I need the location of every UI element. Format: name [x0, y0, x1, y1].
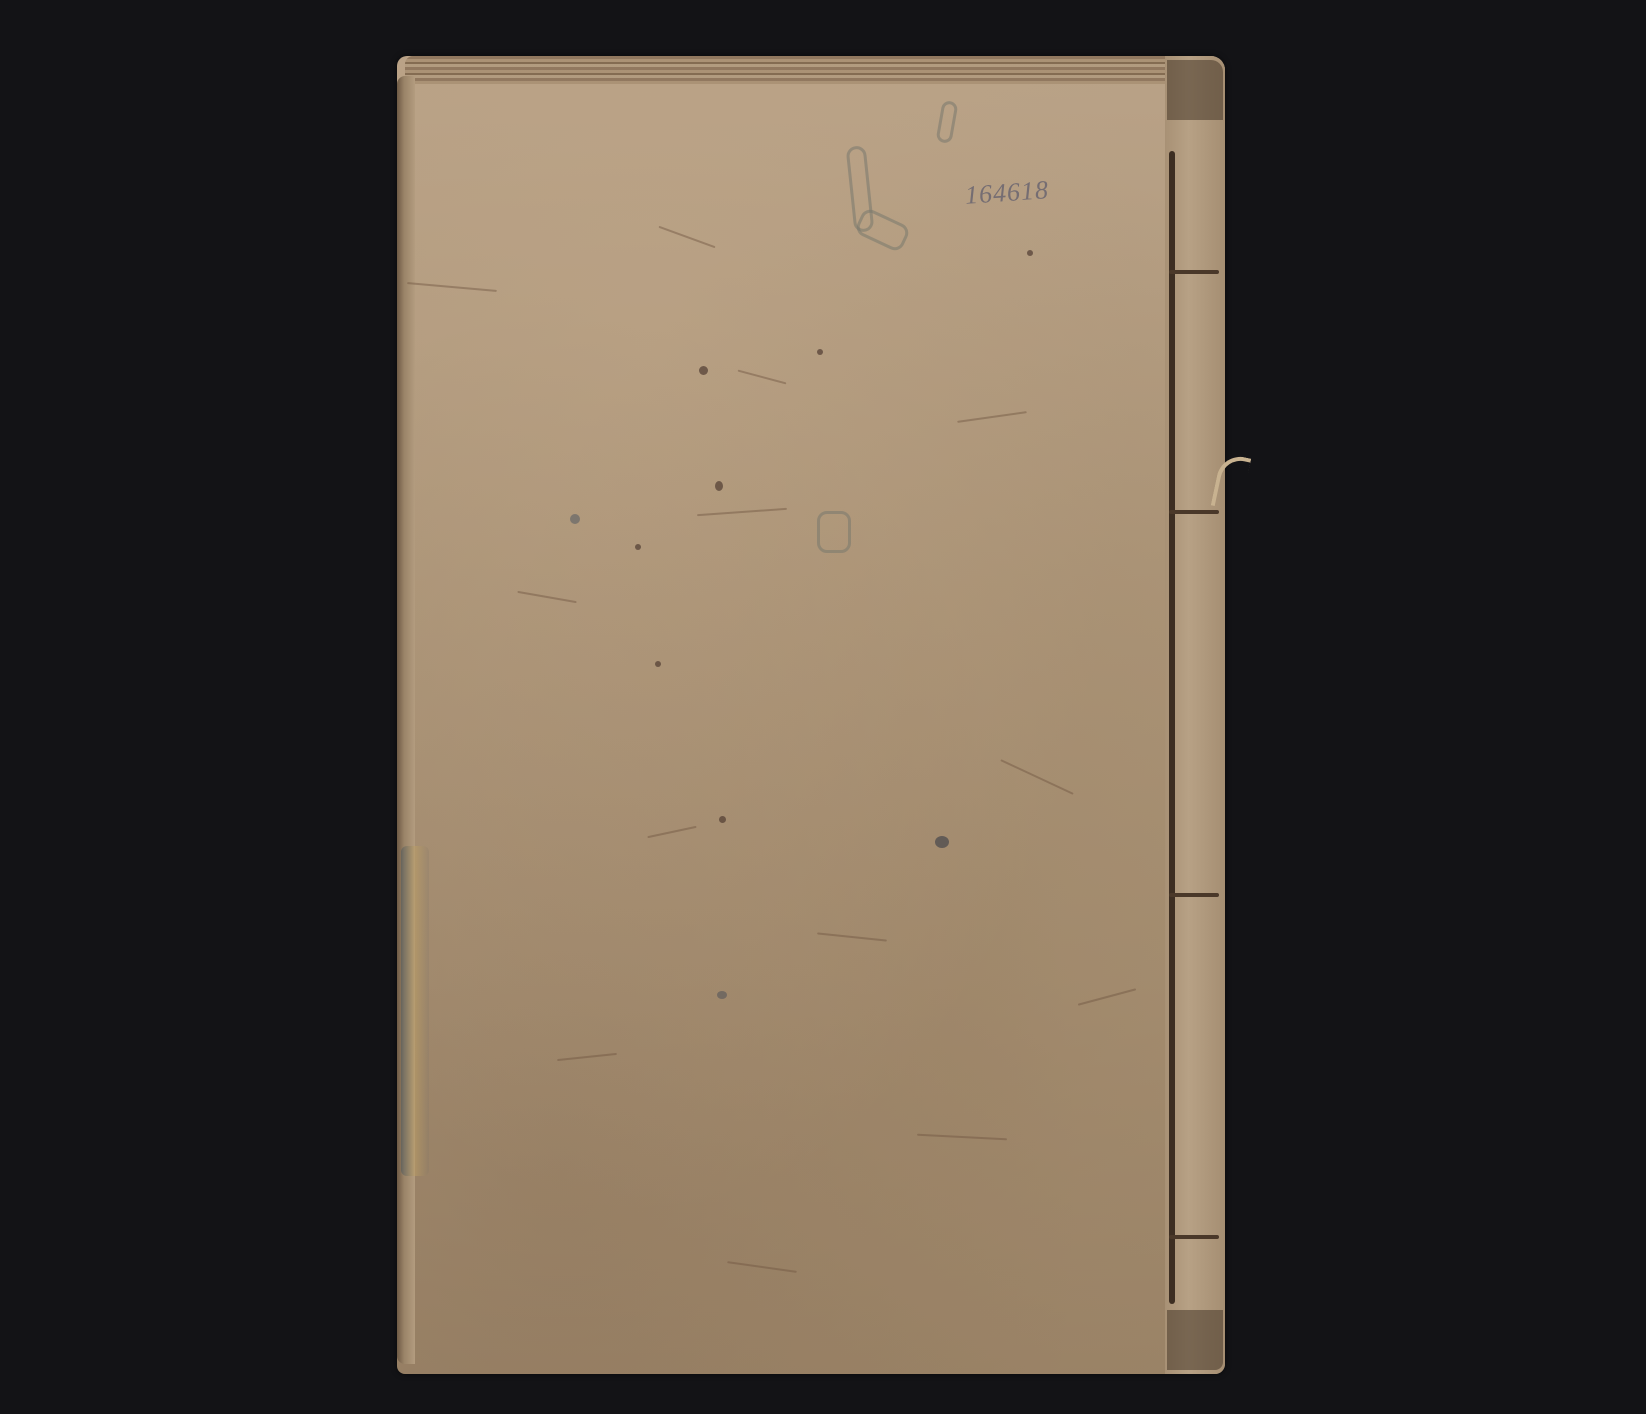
paper-fiber [658, 226, 715, 248]
handwritten-accession-number: 164618 [964, 175, 1050, 211]
paper-speck [935, 836, 949, 848]
paper-speck [570, 514, 580, 524]
paper-speck [655, 661, 661, 667]
paper-fiber [817, 932, 887, 941]
paper-fiber [557, 1053, 617, 1061]
binding-thread-vertical [1169, 151, 1175, 1304]
paper-fiber [727, 1261, 797, 1273]
paper-fiber [738, 370, 787, 385]
paper-fiber [1078, 988, 1136, 1005]
paper-speck [699, 366, 708, 375]
paper-fiber [647, 826, 696, 838]
worm-track [853, 207, 911, 254]
paper-speck [817, 349, 823, 355]
binding-stitch [1169, 270, 1219, 274]
paper-fiber [407, 282, 497, 292]
paper-fiber [957, 411, 1027, 423]
spine-corner-top [1167, 60, 1223, 120]
edge-stain [401, 846, 429, 1176]
binding-stitch [1169, 1235, 1219, 1239]
paper-fiber [917, 1134, 1007, 1141]
paper-speck [635, 544, 641, 550]
book-cover [397, 56, 1225, 1374]
spine-corner-bottom [1167, 1310, 1223, 1370]
paper-fiber [517, 591, 576, 603]
binding-stitch [1169, 510, 1219, 514]
paper-speck [1027, 250, 1033, 256]
worm-track [935, 100, 958, 144]
binding-stitch [1169, 893, 1219, 897]
paper-speck [717, 991, 727, 999]
paper-fiber [1000, 759, 1073, 795]
paper-speck [719, 816, 726, 823]
paper-speck [715, 481, 723, 491]
worm-track [817, 511, 851, 553]
paper-fiber [697, 508, 787, 516]
top-edge-pages [405, 56, 1170, 84]
